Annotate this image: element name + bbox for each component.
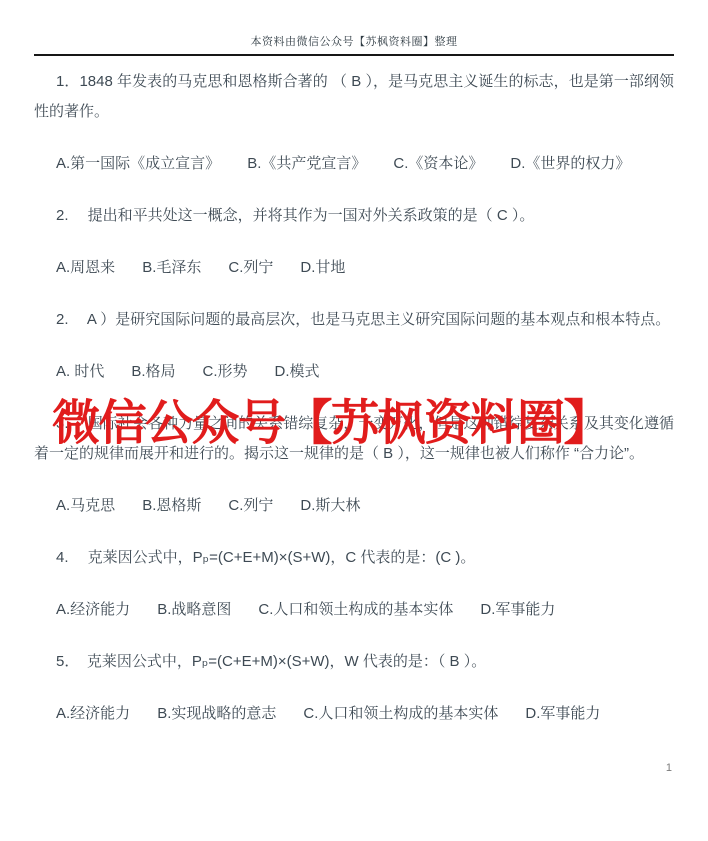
question-5-stem: 4. 克莱因公式中，Pₚ=(C+E+M)×(S+W)，C 代表的是：(C )。 (34, 543, 674, 573)
option-d: D.模式 (275, 363, 320, 380)
option-b: B.《共产党宣言》 (247, 155, 366, 172)
option-d: D.军事能力 (525, 705, 600, 722)
option-c: C.列宁 (228, 259, 273, 276)
question-1-options: A.第一国际《成立宣言》B.《共产党宣言》C.《资本论》D.《世界的权力》 (34, 149, 674, 179)
question-4-stem: 3. 国际社会各种力量之间的关系错综复杂，千变万化，但是这种错综复杂关系及其变化… (34, 409, 674, 469)
question-6-stem: 5． 克莱因公式中，Pₚ=(C+E+M)×(S+W)，W 代表的是：（ B ）。 (34, 647, 674, 677)
option-d: D.军事能力 (480, 601, 555, 618)
option-c: C.人口和领土构成的基本实体 (303, 705, 498, 722)
option-b: B.格局 (131, 363, 175, 380)
option-b: B.毛泽东 (142, 259, 201, 276)
option-b: B.战略意图 (157, 601, 231, 618)
option-a: A.马克思 (56, 497, 115, 514)
option-a: A.周恩来 (56, 259, 115, 276)
question-1-stem: 1．1848 年发表的马克思和恩格斯合著的 （ B ），是马克思主义诞生的标志，… (34, 67, 674, 127)
option-b: B.恩格斯 (142, 497, 201, 514)
document-page: 本资料由微信公众号【苏枫资料圈】整理 1．1848 年发表的马克思和恩格斯合著的… (0, 0, 708, 841)
option-c: C.《资本论》 (393, 155, 483, 172)
page-number: 1 (666, 762, 672, 774)
question-2-stem: 2. 提出和平共处这一概念，并将其作为一国对外关系政策的是（ C ）。 (34, 201, 674, 231)
question-list: 1．1848 年发表的马克思和恩格斯合著的 （ B ），是马克思主义诞生的标志，… (34, 56, 674, 729)
option-c: C.人口和领土构成的基本实体 (258, 601, 453, 618)
option-a: A.经济能力 (56, 705, 130, 722)
option-d: D.斯大林 (300, 497, 360, 514)
option-a: A.第一国际《成立宣言》 (56, 155, 220, 172)
question-3-stem: 2. A ）是研究国际问题的最高层次，也是马克思主义研究国际问题的基本观点和根本… (34, 305, 674, 335)
option-c: C.形势 (203, 363, 248, 380)
header-note: 本资料由微信公众号【苏枫资料圈】整理 (34, 0, 674, 49)
question-5-options: A.经济能力B.战略意图C.人口和领土构成的基本实体D.军事能力 (34, 595, 674, 625)
question-4-options: A.马克思B.恩格斯C.列宁D.斯大林 (34, 491, 674, 521)
option-b: B.实现战略的意志 (157, 705, 276, 722)
question-2-options: A.周恩来B.毛泽东C.列宁D.甘地 (34, 253, 674, 283)
option-d: D.甘地 (300, 259, 345, 276)
option-d: D.《世界的权力》 (510, 155, 630, 172)
question-3-options: A. 时代B.格局C.形势D.模式 (34, 357, 674, 387)
question-6-options: A.经济能力B.实现战略的意志C.人口和领土构成的基本实体D.军事能力 (34, 699, 674, 729)
option-c: C.列宁 (228, 497, 273, 514)
option-a: A. 时代 (56, 363, 104, 380)
option-a: A.经济能力 (56, 601, 130, 618)
